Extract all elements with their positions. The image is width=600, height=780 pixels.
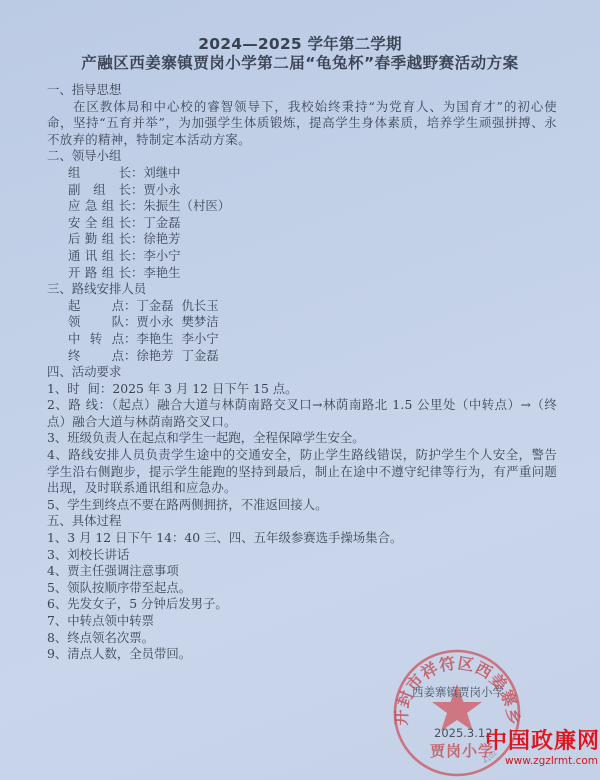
route-role: 领队 (68, 314, 124, 331)
route-staff-row: 起点：丁金磊 仇长玉 (47, 298, 557, 315)
document-title-main: 产融区西姜寨镇贾岗小学第二届“龟兔杯”春季越野赛活动方案 (0, 51, 600, 73)
route-names: 丁金磊 仇长玉 (136, 298, 218, 313)
section-heading-route-staff: 三、路线安排人员 (47, 281, 557, 298)
leader-row: 应急组长：朱振生（村医） (47, 198, 557, 215)
leader-role: 组长 (68, 165, 131, 182)
leader-role: 开路组长 (68, 265, 131, 282)
leader-role: 应急组长 (68, 198, 131, 215)
leader-name: 丁金磊 (143, 215, 180, 230)
leader-row: 组长：刘继中 (47, 165, 557, 182)
route-staff-row: 中转点：李艳生 李小宁 (47, 331, 557, 348)
route-names: 贾小永 樊梦洁 (136, 314, 218, 329)
process-item: 3、刘校长讲话 (47, 547, 557, 564)
signature-org: 西姜寨镇贾岗小学 (412, 684, 504, 700)
leader-row: 开路组长：李艳生 (47, 265, 557, 282)
watermark-site-name: 中国政廉网 (476, 730, 600, 754)
guiding-paragraph: 在区教体局和中心校的睿智领导下，我校始终秉持“为党育人、为国育才”的初心使命，坚… (47, 99, 557, 149)
section-heading-leadership: 二、领导小组 (47, 148, 557, 165)
section-heading-guiding: 一、指导思想 (47, 82, 557, 99)
watermark-url: www.zgzlrmt.com (476, 754, 598, 768)
leader-name: 李艳生 (143, 265, 180, 280)
leader-name: 朱振生（村医） (143, 198, 230, 213)
requirement-item: 3、班级负责人在起点和学生一起跑，全程保障学生安全。 (47, 430, 557, 447)
process-item: 1、3 月 12 日下午 14：40 三、四、五年级参赛选手操场集合。 (47, 530, 557, 547)
leader-name: 刘继中 (143, 165, 180, 180)
leader-name: 徐艳芳 (143, 231, 180, 246)
process-item: 4、贾主任强调注意事项 (47, 563, 557, 580)
leader-row: 通讯组长：李小宁 (47, 248, 557, 265)
requirement-item: 5、学生到终点不要在路两侧拥挤，不准返回接人。 (47, 497, 557, 514)
leader-role: 通讯组长 (68, 248, 131, 265)
route-names: 徐艳芳 丁金磊 (136, 348, 218, 363)
leader-name: 贾小永 (143, 182, 180, 197)
leader-row: 副组长：贾小永 (47, 182, 557, 199)
leader-role: 后勤组长 (68, 231, 131, 248)
leader-name: 李小宁 (143, 248, 180, 263)
route-role: 终点 (68, 348, 124, 365)
process-item: 7、中转点领中转票 (47, 613, 557, 630)
section-heading-requirements: 四、活动要求 (47, 364, 557, 381)
leader-row: 后勤组长：徐艳芳 (47, 231, 557, 248)
document-body: 一、指导思想 在区教体局和中心校的睿智领导下，我校始终秉持“为党育人、为国育才”… (47, 82, 557, 663)
leader-role: 安全组长 (68, 215, 131, 232)
requirement-item: 4、路线安排人员负责学生途中的交通安全，防止学生路线错误，防护学生个人安全，警告… (47, 447, 557, 497)
process-item: 6、先发女子，5 分钟后发男子。 (47, 596, 557, 613)
route-role: 起点 (68, 298, 124, 315)
requirement-item: 1、时 间：2025 年 3 月 12 日下午 15 点。 (47, 381, 557, 398)
route-names: 李艳生 李小宁 (136, 331, 218, 346)
requirement-item: 2、路 线：（起点）融合大道与林荫南路交叉口→林荫南路北 1.5 公里处（中转点… (47, 397, 557, 430)
route-role: 中转点 (68, 331, 124, 348)
process-item: 5、领队按顺序带至起点。 (47, 580, 557, 597)
site-watermark: 中国政廉网 www.zgzlrmt.com (476, 730, 600, 768)
document-page: 2024—2025 学年第二学期 产融区西姜寨镇贾岗小学第二届“龟兔杯”春季越野… (0, 0, 600, 780)
route-staff-row: 终点：徐艳芳 丁金磊 (47, 348, 557, 365)
section-heading-process: 五、具体过程 (47, 513, 557, 530)
leader-role: 副组长 (68, 182, 131, 199)
route-staff-row: 领队：贾小永 樊梦洁 (47, 314, 557, 331)
leader-row: 安全组长：丁金磊 (47, 215, 557, 232)
